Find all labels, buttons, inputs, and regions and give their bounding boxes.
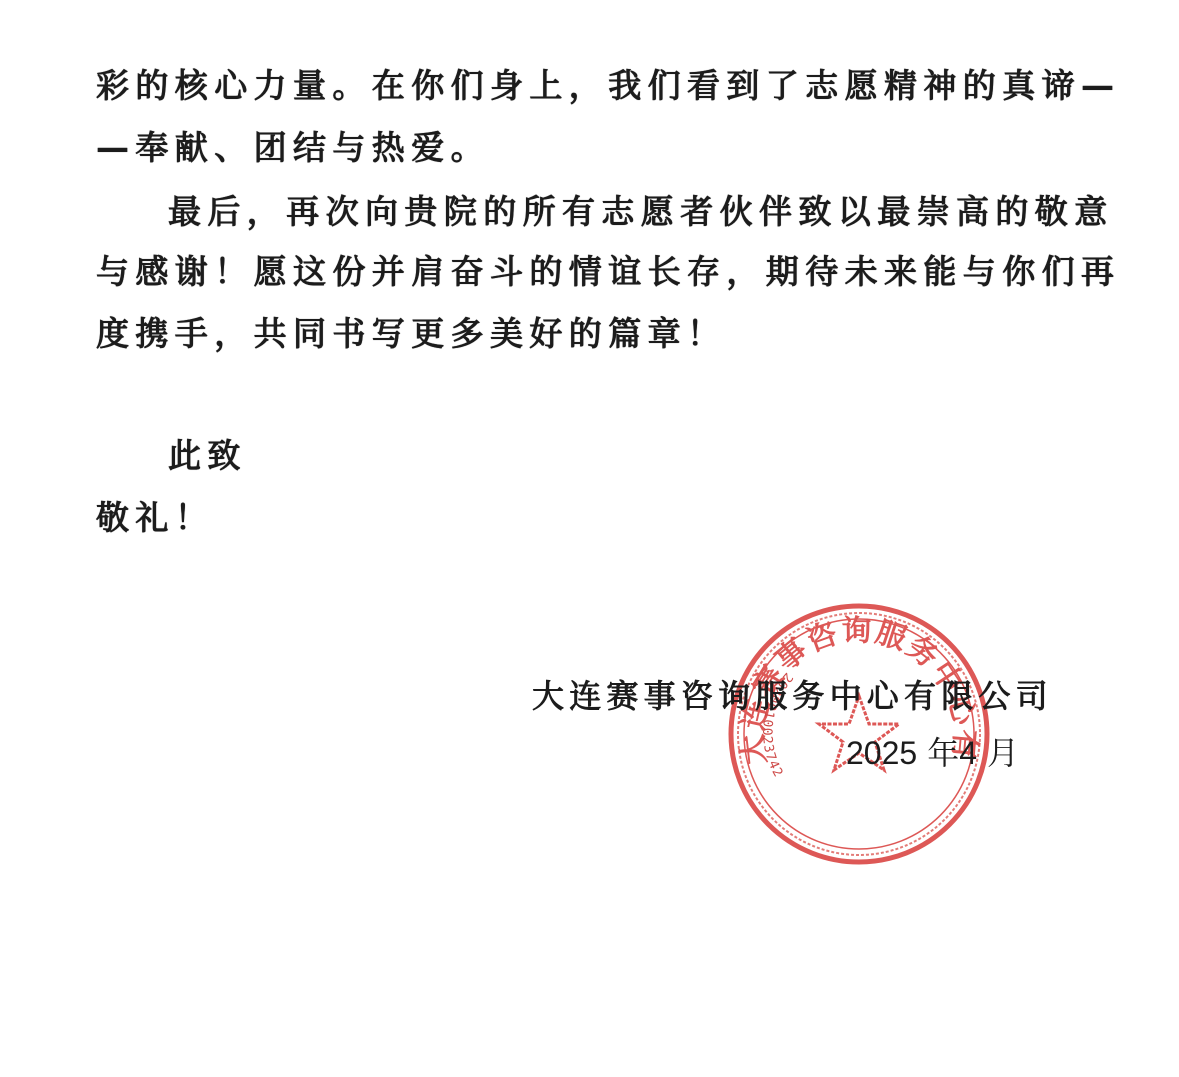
body-line-3: 最后，再次向贵院的所有志愿者伙伴致以最崇高的敬意 xyxy=(168,192,1114,232)
letter-page: 彩的核心力量。在你们身上，我们看到了志愿精神的真谛— —奉献、团结与热爱。 最后… xyxy=(0,0,1179,1077)
body-line-2: —奉献、团结与热爱。 xyxy=(96,128,490,168)
signature-date: 2025年4月 xyxy=(846,733,1019,773)
date-month-unit: 月 xyxy=(987,735,1019,771)
date-month: 4 xyxy=(959,735,977,771)
closing-salutation-1: 此致 xyxy=(168,436,247,476)
date-year-unit: 年 xyxy=(927,735,959,771)
body-line-4: 与感谢！愿这份并肩奋斗的情谊长存，期待未来能与你们再 xyxy=(96,252,1120,292)
body-line-5: 度携手，共同书写更多美好的篇章！ xyxy=(96,314,726,354)
date-year: 2025 xyxy=(846,735,917,771)
signature-company-name: 大连赛事咨询服务中心有限公司 xyxy=(532,676,1053,716)
closing-salutation-2: 敬礼！ xyxy=(96,498,214,538)
body-line-1: 彩的核心力量。在你们身上，我们看到了志愿精神的真谛— xyxy=(96,66,1120,106)
